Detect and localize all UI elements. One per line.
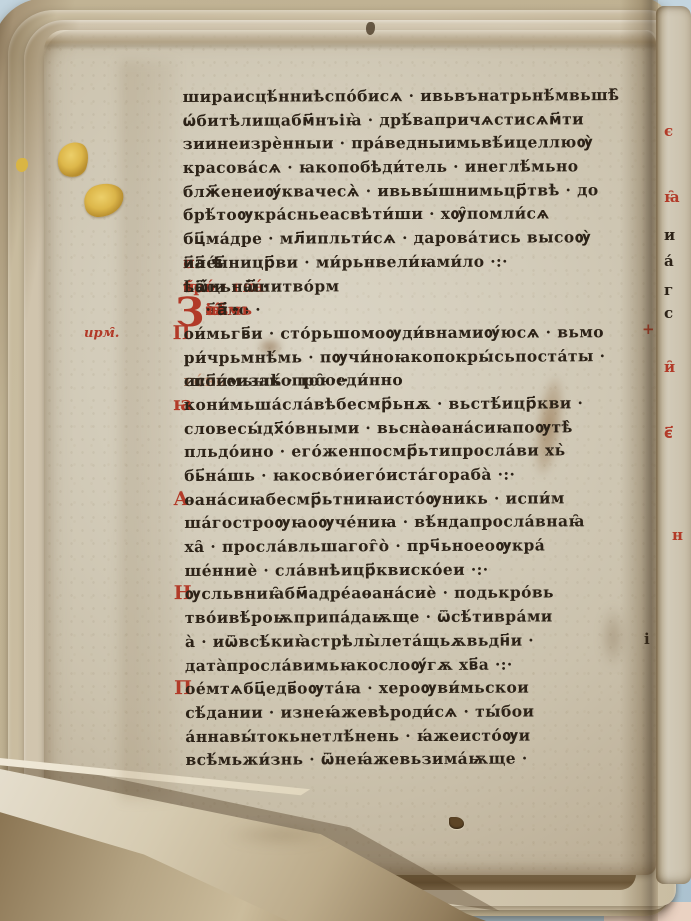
facing-page-letter: н <box>672 526 683 544</box>
ink-text: ѣѿ́цьна́шитво́рм <box>183 274 339 298</box>
text-line: а̀ · иѿвсѣ́киꙗ̀стрѣлы̀лета́щьѫвьдн҃и · <box>185 628 655 654</box>
ink-text: а̀ · иѿвсѣ́киꙗ̀стрѣлы̀лета́щьѫвьдн҃и · <box>185 628 534 653</box>
text-line: Пои́мьгв҃и · сто́рьшомоѹди́внамиѹ́юсѧ · … <box>184 320 654 346</box>
text-line: пльдо́ино · его́женпосмр҃ьтипросла́ви хь… <box>184 438 654 464</box>
ink-text: зиинеизрѐнныи · пра́ведныимьвѣ́ицеллюѹ̀ <box>183 131 594 156</box>
text-line: исп҃сеизлѣ́ · тоюеди́нного́вьспои́мьꙗкоп… <box>184 367 654 393</box>
page-top-fold <box>44 30 656 50</box>
text-line: красова́сѧ · ꙗкопобѣди́тель · инеглѣ́мьн… <box>183 154 653 180</box>
text-line: зиинеизрѐнныи · пра́ведныимьвѣ́ицеллюѹ̀ <box>183 130 653 156</box>
text-line: ꙗкони́мьша́сла́вѣбесмр҃ьнѫ · вьстѣ́ицр҃к… <box>184 391 654 417</box>
text-line: сѣ́дании · изнеꙗ́жевѣроди́сѧ · ты́бои <box>185 699 655 725</box>
text-line: Пое́мтѧбц҃едв҃оѹта́ꙗ · хероѹви́мьскои <box>185 675 655 701</box>
ink-text: ха̑ · просла́вльшагог̑о̀ · прч҃ьноеоѹкра… <box>184 534 545 559</box>
text-line: Нѹсльвниꙗ̑бм҃адре́аѳана́сиѐ · подькро́вь <box>185 580 655 606</box>
ink-text: · а҃ · <box>205 298 239 322</box>
ink-text: пле́нницр҃ви · ми́рьнвели́ꙗми́ло ·:· <box>183 249 508 274</box>
text-line: бь҃на́шь · ꙗкосво́иего́иста́гораба̀ ·:· <box>184 462 654 488</box>
text-line: шираисцѣ́нниѣспо́бисѧ · ивьвънатрьнѣ́мвь… <box>183 83 653 109</box>
text-line: бц҃ма́дре · мл҃ипльти́сѧ · дарова́тись в… <box>183 225 653 251</box>
text-line: тво́ивѣ́роѭприпа́даѭще · ѿсѣ́тивра́ми <box>185 604 655 630</box>
facing-page-letter: и <box>664 226 675 244</box>
ink-text: ри́чрьмнѣ́мь · пѹчи́ноꙗкопокры́сьпоста́т… <box>184 344 606 370</box>
ink-text: блж҃енеиѹ́квачесѧ̀ · ивьвы́шнимьцр҃твѣ ·… <box>183 178 599 204</box>
facing-page-letter: є҃ <box>664 424 673 442</box>
ink-text: шираисцѣ́нниѣспо́бисѧ · ивьвънатрьнѣ́мвь… <box>183 83 620 109</box>
ink-text: сѣ́дании · изнеꙗ́жевѣроди́сѧ · ты́бои <box>185 699 534 724</box>
text-line: ри́чрьмнѣ́мь · пѹчи́ноꙗкопокры́сьпоста́т… <box>184 344 654 370</box>
ink-text: бь҃на́шь · ꙗкосво́иего́иста́гораба̀ ·:· <box>184 463 515 488</box>
facing-page-letter: с <box>664 304 673 322</box>
ink-text: бц҃ма́дре · мл҃ипльти́сѧ · дарова́тись в… <box>183 225 591 250</box>
text-line: словесы́дх҃о́вными · вьсна̀ѳана́сиꙗпоѹтѣ… <box>184 415 654 441</box>
facing-page-letter: а́ <box>664 252 674 270</box>
ink-text: тво́ивѣ́роѭприпа́даѭще · ѿсѣ́тивра́ми <box>185 605 553 630</box>
text-line: блж҃енеиѹ́квачесѧ̀ · ивьвы́шнимьцр҃твѣ ·… <box>183 178 653 204</box>
text-line: пле́нницр҃ви · ми́рьнвели́ꙗми́ло ·:· сла… <box>183 249 653 275</box>
margin-gloss-irmos: ирм̑. <box>84 326 119 341</box>
facing-page-letter: и̑ <box>664 358 675 376</box>
text-line: ѡ́битѣлищабм҃нъіꙗ̀ · дрѣ́вапричѧстисѧм҃т… <box>183 107 653 133</box>
ink-text: кони́мьша́сла́вѣбесмр҃ьнѫ · вьстѣ́ицр҃кв… <box>184 391 583 416</box>
ink-text: и҃ · ѣ҃ <box>183 251 224 275</box>
ink-text: словесы́дх҃о́вными · вьсна̀ѳана́сиꙗпоѹтѣ… <box>184 415 573 440</box>
facing-page-glyph-column: єꙗ̑иа́гс+и̑є҃ні <box>656 0 691 921</box>
ink-text: ша́гостроѹꙗоѹче́ниꙗ · вѣ́ндапросла́внаꙗ̑ <box>184 510 585 535</box>
ink-text: брѣ́тоѹкра́сньеасвѣти́ши · хѹ̑помли́сѧ <box>183 202 550 227</box>
ink-text: ое́мтѧбц҃едв҃оѹта́ꙗ · хероѹви́мьскои <box>185 676 529 701</box>
facing-page-letter: є <box>664 122 673 140</box>
facing-page-letter: г <box>664 281 673 299</box>
text-line: За҃ч · сти́ло · іа́ · а҃ · па́мь · н҃ · … <box>205 296 653 322</box>
text-line: а́ннавы́токьнетлѣ́нень · ꙗ́жеисто́ѹи <box>185 723 655 749</box>
manuscript-photo: єꙗ̑иа́гс+и̑є҃ні ирм̑. шираисцѣ́нниѣспо́б… <box>0 0 691 921</box>
facing-page-letter: ꙗ̑ <box>664 188 680 206</box>
text-line: Аѳана́сиꙗбесмр҃ьтниꙗисто́ѹникь · испи́м <box>184 486 654 512</box>
ink-text: дата̀просла́вимьꙗкослоѹ́гѫ хв҃а ·:· <box>185 652 513 677</box>
ink-text: красова́сѧ · ꙗкопобѣди́тель · инеглѣ́мьн… <box>183 154 579 179</box>
ink-text: ѹсльвниꙗ̑бм҃адре́аѳана́сиѐ · подькро́вь <box>185 581 554 606</box>
ink-text: ѡ́битѣлищабм҃нъіꙗ̀ · дрѣ́вапричѧстисѧм҃т… <box>183 107 584 132</box>
text-line: на́сти · ѿ҃ · тро́ · гла́ · а҃ · бѣѿ́цьн… <box>183 272 653 298</box>
parchment-hole <box>449 817 464 829</box>
text-line: всѣ́мьжи́знь · ѿнеꙗ́жевьзима́ѭще · <box>185 746 655 772</box>
ink-text: пльдо́ино · его́женпосмр҃ьтипросла́ви хь… <box>184 439 566 464</box>
ink-text: ше́нниѐ · сла́внѣицр҃квиско́еи ·:· <box>185 557 489 582</box>
text-line: дата̀просла́вимьꙗкослоѹ́гѫ хв҃а ·:· <box>185 651 655 677</box>
ink-text: а́ннавы́токьнетлѣ́нень · ꙗ́жеисто́ѹи <box>185 723 530 748</box>
ink-text: ои́мьгв҃и · сто́рьшомоѹди́внамиѹ́юсѧ · в… <box>184 320 604 346</box>
ink-text: всѣ́мьжи́знь · ѿнеꙗ́жевьзима́ѭще · <box>185 747 527 772</box>
ink-text: спои́мьꙗкопро̑ ·:· <box>184 369 349 393</box>
text-line: ша́гостроѹꙗоѹче́ниꙗ · вѣ́ндапросла́внаꙗ̑ <box>184 509 654 535</box>
folio-text: шираисцѣ́нниѣспо́бисѧ · ивьвънатрьнѣ́мвь… <box>183 83 656 772</box>
ink-text: ѳана́сиꙗбесмр҃ьтниꙗисто́ѹникь · испи́м <box>184 486 565 511</box>
text-line: ха̑ · просла́вльшагог̑о̀ · прч҃ьноеоѹкра… <box>184 533 654 559</box>
text-line: ше́нниѐ · сла́внѣицр҃квиско́еи ·:· <box>185 557 655 583</box>
text-line: брѣ́тоѹкра́сньеасвѣти́ши · хѹ̑помли́сѧ <box>183 201 653 227</box>
